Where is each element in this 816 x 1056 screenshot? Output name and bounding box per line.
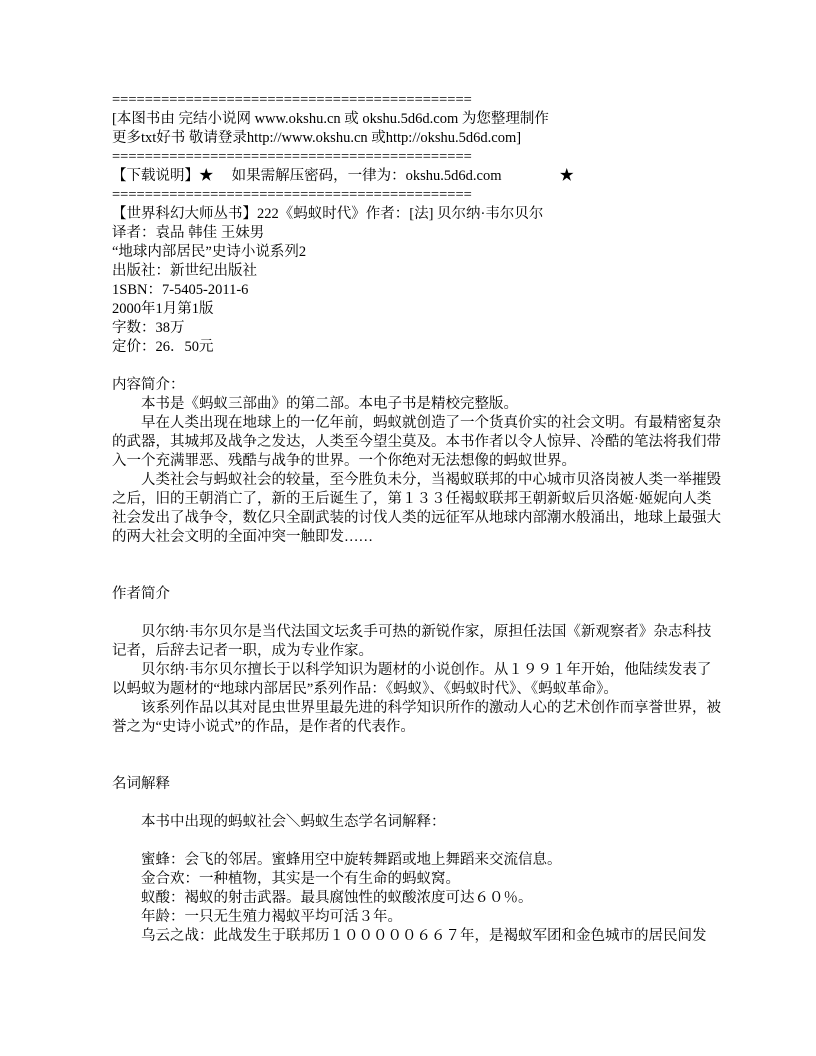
glossary-term: 乌云之战：此战发生于联邦历１０００００６６７年，是褐蚁军团和金色城市的居民间发 — [112, 927, 724, 946]
spacer — [112, 547, 724, 566]
download-note: 【下载说明】★ 如果需解压密码，一律为：okshu.5d6d.com ★ — [112, 167, 724, 186]
book-isbn: 1SBN：7-5405-2011-6 — [112, 281, 724, 300]
glossary-term: 蚁酸：褐蚁的射击武器。最具腐蚀性的蚁酸浓度可达６０％。 — [112, 889, 724, 908]
glossary-term: 金合欢：一种植物，其实是一个有生命的蚂蚁窝。 — [112, 870, 724, 889]
book-publisher: 出版社：新世纪出版社 — [112, 262, 724, 281]
author-intro-heading: 作者简介 — [112, 585, 724, 604]
divider-line-top: ========================================… — [112, 91, 724, 110]
book-title-line: 【世界科幻大师丛书】222《蚂蚁时代》作者：[法] 贝尔纳·韦尔贝尔 — [112, 205, 724, 224]
book-price: 定价：26．50元 — [112, 338, 724, 357]
content-intro-paragraph: 人类社会与蚂蚁社会的较量，至今胜负未分，当褐蚁联邦的中心城市贝洛岗被人类一举摧毁… — [112, 471, 724, 547]
spacer — [112, 832, 724, 851]
glossary-intro: 本书中出现的蚂蚁社会＼蚂蚁生态学名词解释： — [112, 813, 724, 832]
spacer — [112, 794, 724, 813]
spacer — [112, 566, 724, 585]
book-series: “地球内部居民”史诗小说系列2 — [112, 243, 724, 262]
spacer — [112, 604, 724, 623]
book-edition: 2000年1月第1版 — [112, 300, 724, 319]
spacer — [112, 737, 724, 756]
author-intro-paragraph: 贝尔纳·韦尔贝尔擅长于以科学知识为题材的小说创作。从１９９１年开始，他陆续发表了… — [112, 661, 724, 699]
content-intro-paragraph: 本书是《蚂蚁三部曲》的第二部。本电子书是精校完整版。 — [112, 395, 724, 414]
glossary-term: 蜜蜂：会飞的邻居。蜜蜂用空中旋转舞蹈或地上舞蹈来交流信息。 — [112, 851, 724, 870]
spacer — [112, 756, 724, 775]
author-intro-paragraph: 贝尔纳·韦尔贝尔是当代法国文坛炙手可热的新锐作家，原担任法国《新观察者》杂志科技… — [112, 623, 724, 661]
book-translator: 译者：袁品 韩佳 王妹男 — [112, 224, 724, 243]
divider-line-mid1: ========================================… — [112, 148, 724, 167]
credit-line-1: [本图书由 完结小说网 www.okshu.cn 或 okshu.5d6d.co… — [112, 110, 724, 129]
divider-line-mid2: ========================================… — [112, 186, 724, 205]
content-intro-heading: 内容简介： — [112, 376, 724, 395]
content-intro-paragraph: 早在人类出现在地球上的一亿年前，蚂蚁就创造了一个货真价实的社会文明。有最精密复杂… — [112, 414, 724, 471]
ebook-text-page: ========================================… — [0, 0, 816, 1056]
glossary-term: 年龄：一只无生殖力褐蚁平均可活３年。 — [112, 908, 724, 927]
spacer — [112, 357, 724, 376]
credit-line-2: 更多txt好书 敬请登录http://www.okshu.cn 或http://… — [112, 129, 724, 148]
book-word-count: 字数：38万 — [112, 319, 724, 338]
glossary-heading: 名词解释 — [112, 775, 724, 794]
author-intro-paragraph: 该系列作品以其对昆虫世界里最先进的科学知识所作的激动人心的艺术创作而享誉世界，被… — [112, 699, 724, 737]
